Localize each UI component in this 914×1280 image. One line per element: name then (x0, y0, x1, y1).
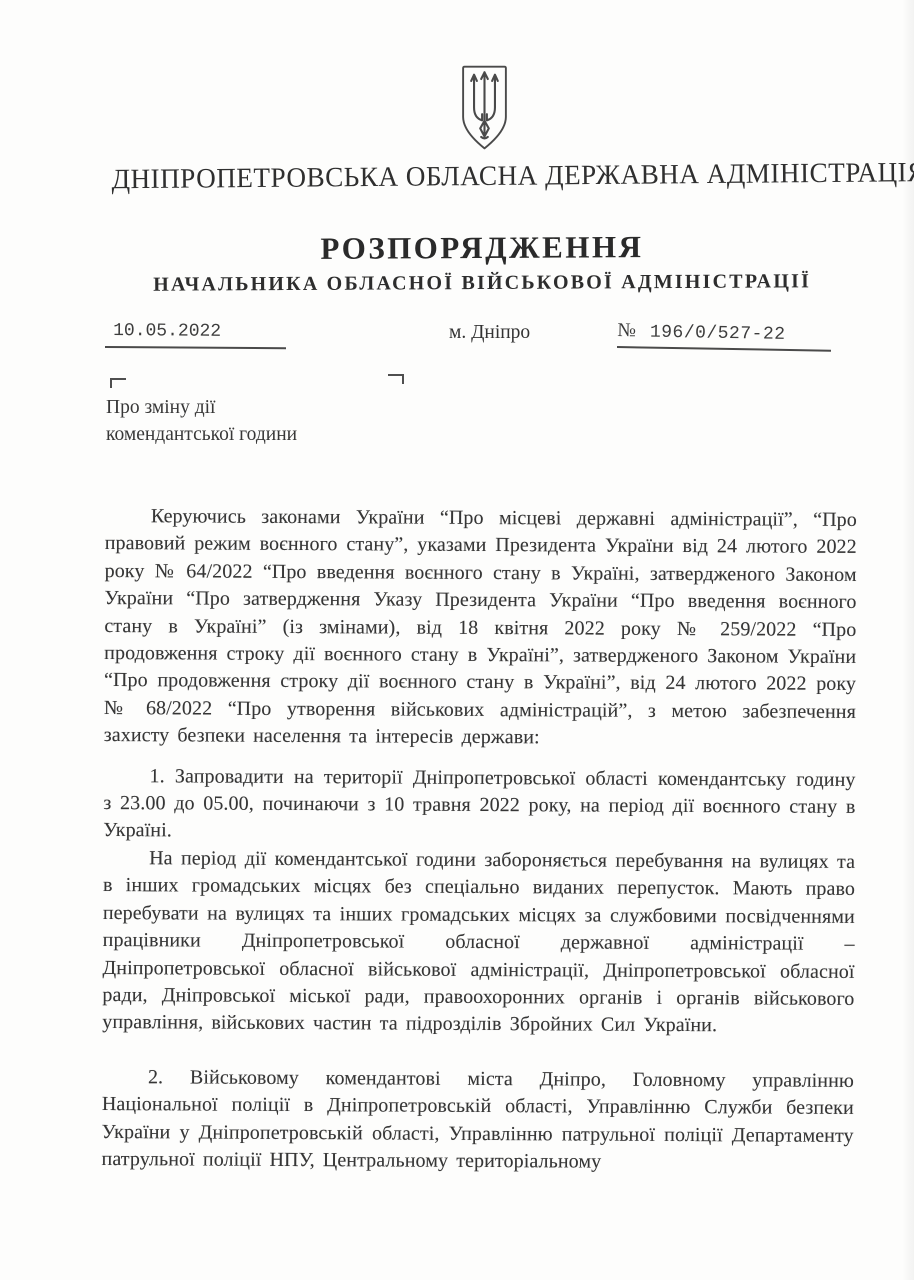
document-meta-row: 10.05.2022 м. Дніпро №196/0/527-22 (105, 316, 856, 356)
title-block: РОЗПОРЯДЖЕННЯ НАЧАЛЬНИКА ОБЛАСНОЇ ВІЙСЬК… (105, 228, 859, 297)
document-number-value: 196/0/527-22 (650, 323, 786, 345)
document-body: Керуючись законами України “Про місцеві … (101, 503, 856, 1177)
document-number-field: №196/0/527-22 (617, 316, 832, 352)
date-value: 10.05.2022 (113, 321, 221, 342)
number-sign: № (617, 320, 636, 341)
curfew-rules-paragraph: На період дії комендантської години забо… (102, 845, 855, 1041)
corner-mark-right-icon (388, 374, 404, 384)
item-1-curfew-paragraph: 1. Запровадити на території Дніпропетров… (103, 763, 855, 849)
item-2-authorities-paragraph: 2. Військовому комендантові міста Дніпро… (101, 1064, 854, 1178)
subject-line-1: Про зміну дії (106, 394, 297, 421)
document-page: ДНІПРОПЕТРОВСЬКА ОБЛАСНА ДЕРЖАВНА АДМІНІ… (0, 0, 914, 1280)
document-subtitle-heading: НАЧАЛЬНИКА ОБЛАСНОЇ ВІЙСЬКОВОЇ АДМІНІСТР… (105, 270, 859, 297)
preamble-paragraph: Керуючись законами України “Про місцеві … (104, 503, 857, 754)
date-field: 10.05.2022 (105, 316, 286, 349)
city-label: м. Дніпро (449, 322, 530, 344)
document-type-heading: РОЗПОРЯДЖЕННЯ (105, 228, 859, 268)
organization-name-heading: ДНІПРОПЕТРОВСЬКА ОБЛАСНА ДЕРЖАВНА АДМІНІ… (111, 158, 854, 196)
corner-mark-left-icon (110, 378, 126, 388)
subject-block: Про зміну дії комендантської години (106, 394, 297, 448)
ukraine-coat-of-arms-icon (456, 63, 513, 152)
subject-line-2: комендантської години (106, 421, 297, 448)
